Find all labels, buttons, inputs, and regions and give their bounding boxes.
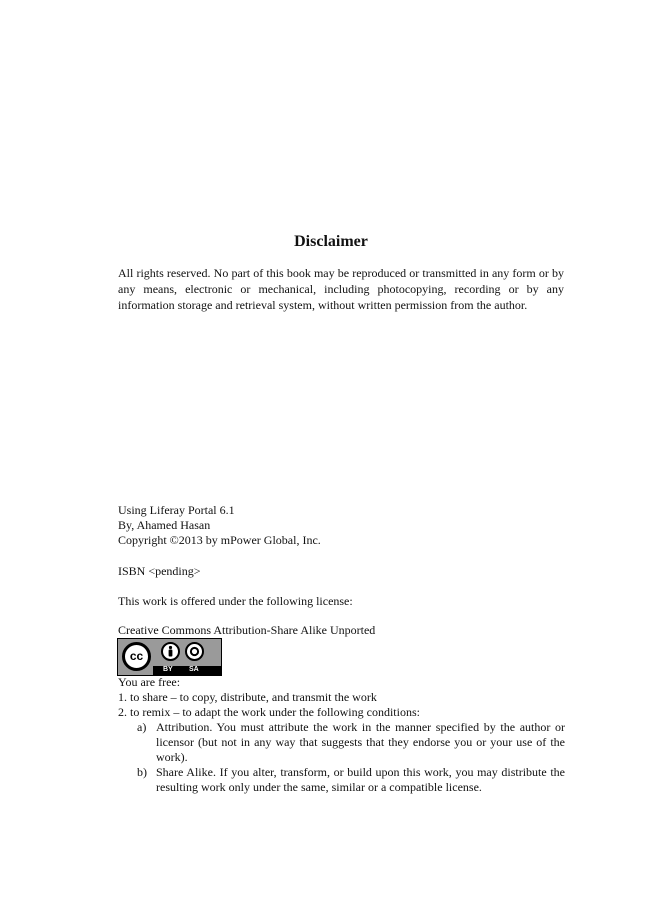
condition-text: Attribution. You must attribute the work… (156, 720, 565, 765)
cc-icon: cc (122, 642, 151, 671)
page-title: Disclaimer (0, 233, 662, 251)
author-line: By, Ahamed Hasan (118, 518, 210, 533)
free-heading: You are free: (118, 675, 180, 690)
freedom-item: 2. to remix – to adapt the work under th… (118, 705, 420, 720)
condition-item: b) Share Alike. If you alter, transform,… (137, 765, 565, 795)
book-title-line: Using Liferay Portal 6.1 (118, 503, 235, 518)
condition-marker: a) (137, 720, 146, 735)
condition-text: Share Alike. If you alter, transform, or… (156, 765, 565, 795)
isbn-line: ISBN <pending> (118, 564, 201, 579)
by-person-icon (161, 642, 180, 661)
document-page: Disclaimer All rights reserved. No part … (0, 0, 662, 903)
license-name: Creative Commons Attribution-Share Alike… (118, 623, 375, 638)
freedom-item: 1. to share – to copy, distribute, and t… (118, 690, 377, 705)
sa-share-alike-icon (185, 642, 204, 661)
cc-by-sa-badge: cc BY SA (117, 638, 222, 676)
badge-label-bar: BY SA (153, 666, 221, 675)
condition-item: a) Attribution. You must attribute the w… (137, 720, 565, 765)
license-intro: This work is offered under the following… (118, 594, 353, 609)
rights-paragraph: All rights reserved. No part of this boo… (118, 265, 564, 313)
condition-marker: b) (137, 765, 147, 780)
copyright-line: Copyright ©2013 by mPower Global, Inc. (118, 533, 321, 548)
